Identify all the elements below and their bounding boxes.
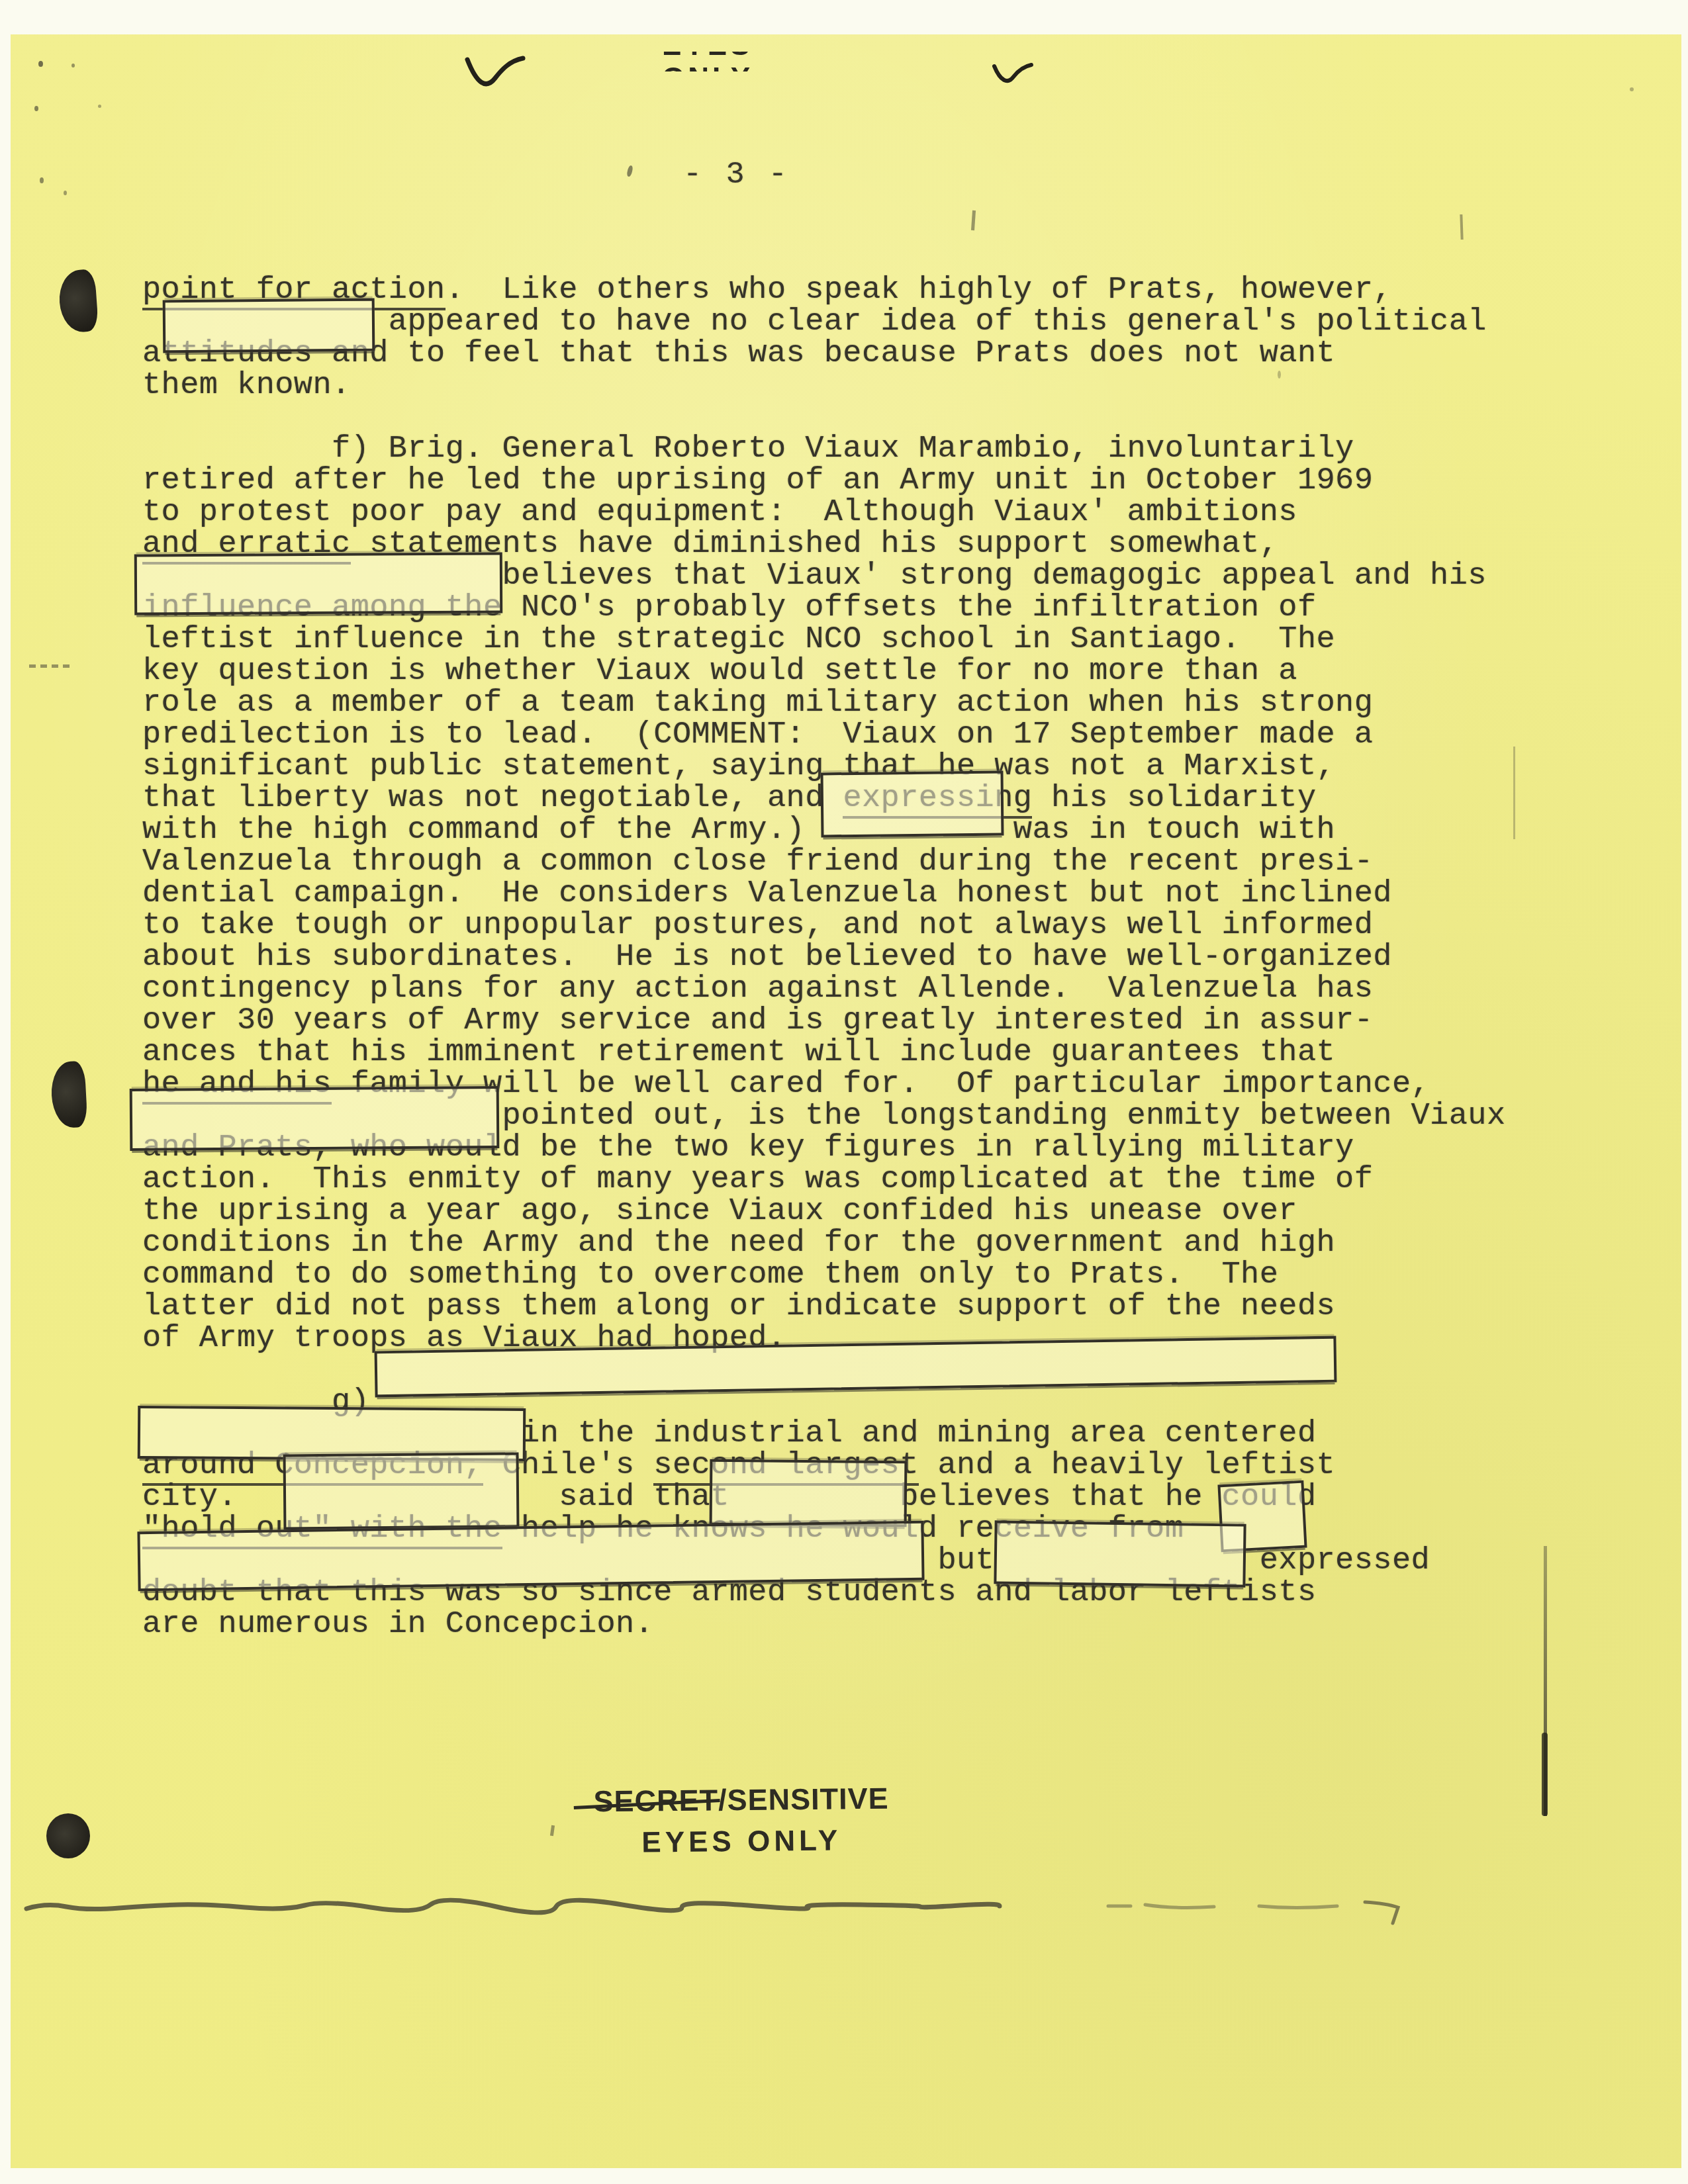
text-line: the uprising a year ago, since Viaux con…	[142, 1196, 1466, 1228]
text-line: conditions in the Army and the need for …	[142, 1228, 1466, 1259]
clipped-stamp-text: EYES ONLY	[662, 52, 834, 71]
text-line: over 30 years of Army service and is gre…	[142, 1005, 1466, 1037]
handwritten-checkmark-icon	[992, 61, 1034, 87]
redaction-c	[820, 771, 1004, 838]
scan-scribble-line	[23, 1889, 1406, 1929]
text-line: ances that his imminent retirement will …	[142, 1037, 1466, 1069]
ink-speck	[1278, 371, 1281, 379]
scanned-page: EYES ONLY - 3 - point for action. Like o…	[0, 0, 1688, 2184]
scan-edge	[0, 0, 11, 2184]
text-line: them known.	[142, 370, 1466, 402]
footer-line1: SECRET/SENSITIVE	[582, 1781, 900, 1819]
text-line: action. This enmity of many years was co…	[142, 1164, 1466, 1196]
struck-secret-label: SECRET	[593, 1783, 718, 1819]
stray-tick	[971, 210, 976, 230]
stray-tick	[1460, 214, 1463, 240]
text-line: command to do something to overcome them…	[142, 1259, 1466, 1291]
stray-tick	[550, 1825, 555, 1837]
text-line: leftist influence in the strategic NCO s…	[142, 624, 1466, 656]
text-line: significant public statement, saying tha…	[142, 751, 1466, 783]
text-line: dential campaign. He considers Valenzuel…	[142, 878, 1466, 910]
text-line: predilection is to lead. (COMMENT: Viaux…	[142, 719, 1466, 751]
fold-line	[1513, 747, 1515, 839]
hole-punch-mark	[50, 1061, 87, 1129]
scan-edge	[1681, 0, 1688, 2184]
redaction-k	[994, 1520, 1246, 1587]
redaction-a	[163, 298, 375, 353]
redaction-j	[137, 1521, 924, 1592]
text-line: that liberty was not negotiable, and exp…	[142, 783, 1466, 815]
text-line: are numerous in Concepcion.	[142, 1609, 1466, 1641]
ink-speck	[71, 64, 75, 68]
handwritten-checkmark-icon	[463, 53, 527, 95]
ink-speck	[98, 105, 101, 108]
ink-speck	[64, 191, 67, 195]
classification-footer: SECRET/SENSITIVE EYES ONLY	[582, 1781, 900, 1860]
footer-line2: EYES ONLY	[583, 1823, 900, 1860]
ink-speck	[40, 177, 44, 183]
text-line: key question is whether Viaux would sett…	[142, 656, 1466, 688]
vertical-stray-line-thick	[1542, 1733, 1548, 1816]
text-line: to take tough or unpopular postures, and…	[142, 910, 1466, 942]
redaction-g	[283, 1452, 520, 1529]
sensitive-label: /SENSITIVE	[718, 1782, 889, 1817]
text-line: retired after he led the uprising of an …	[142, 465, 1466, 497]
redaction-d	[130, 1086, 500, 1151]
page-number: - 3 -	[683, 158, 790, 193]
hole-punch-dot	[46, 1813, 90, 1858]
redaction-h	[710, 1459, 908, 1527]
ink-speck	[34, 106, 38, 111]
ink-speck	[1630, 87, 1634, 91]
ink-speck	[626, 165, 633, 177]
text-line: f) Brig. General Roberto Viaux Marambio,…	[142, 433, 1466, 465]
text-line: to protest poor pay and equipment: Altho…	[142, 497, 1466, 529]
ink-speck	[38, 61, 43, 67]
text-line: role as a member of a team taking milita…	[142, 688, 1466, 719]
scan-edge	[0, 0, 1688, 34]
redaction-b	[134, 553, 502, 615]
text-line: latter did not pass them along or indica…	[142, 1291, 1466, 1323]
text-line: contingency plans for any action against…	[142, 974, 1466, 1005]
hole-punch-mark	[58, 269, 99, 334]
margin-dashes	[29, 664, 73, 668]
text-line: Valenzuela through a common close friend…	[142, 846, 1466, 878]
text-line: about his subordinates. He is not believ…	[142, 942, 1466, 974]
scan-edge	[0, 2168, 1688, 2184]
text-line: with the high command of the Army.) was …	[142, 815, 1466, 846]
clipped-classification-stamp: EYES ONLY	[662, 52, 834, 71]
